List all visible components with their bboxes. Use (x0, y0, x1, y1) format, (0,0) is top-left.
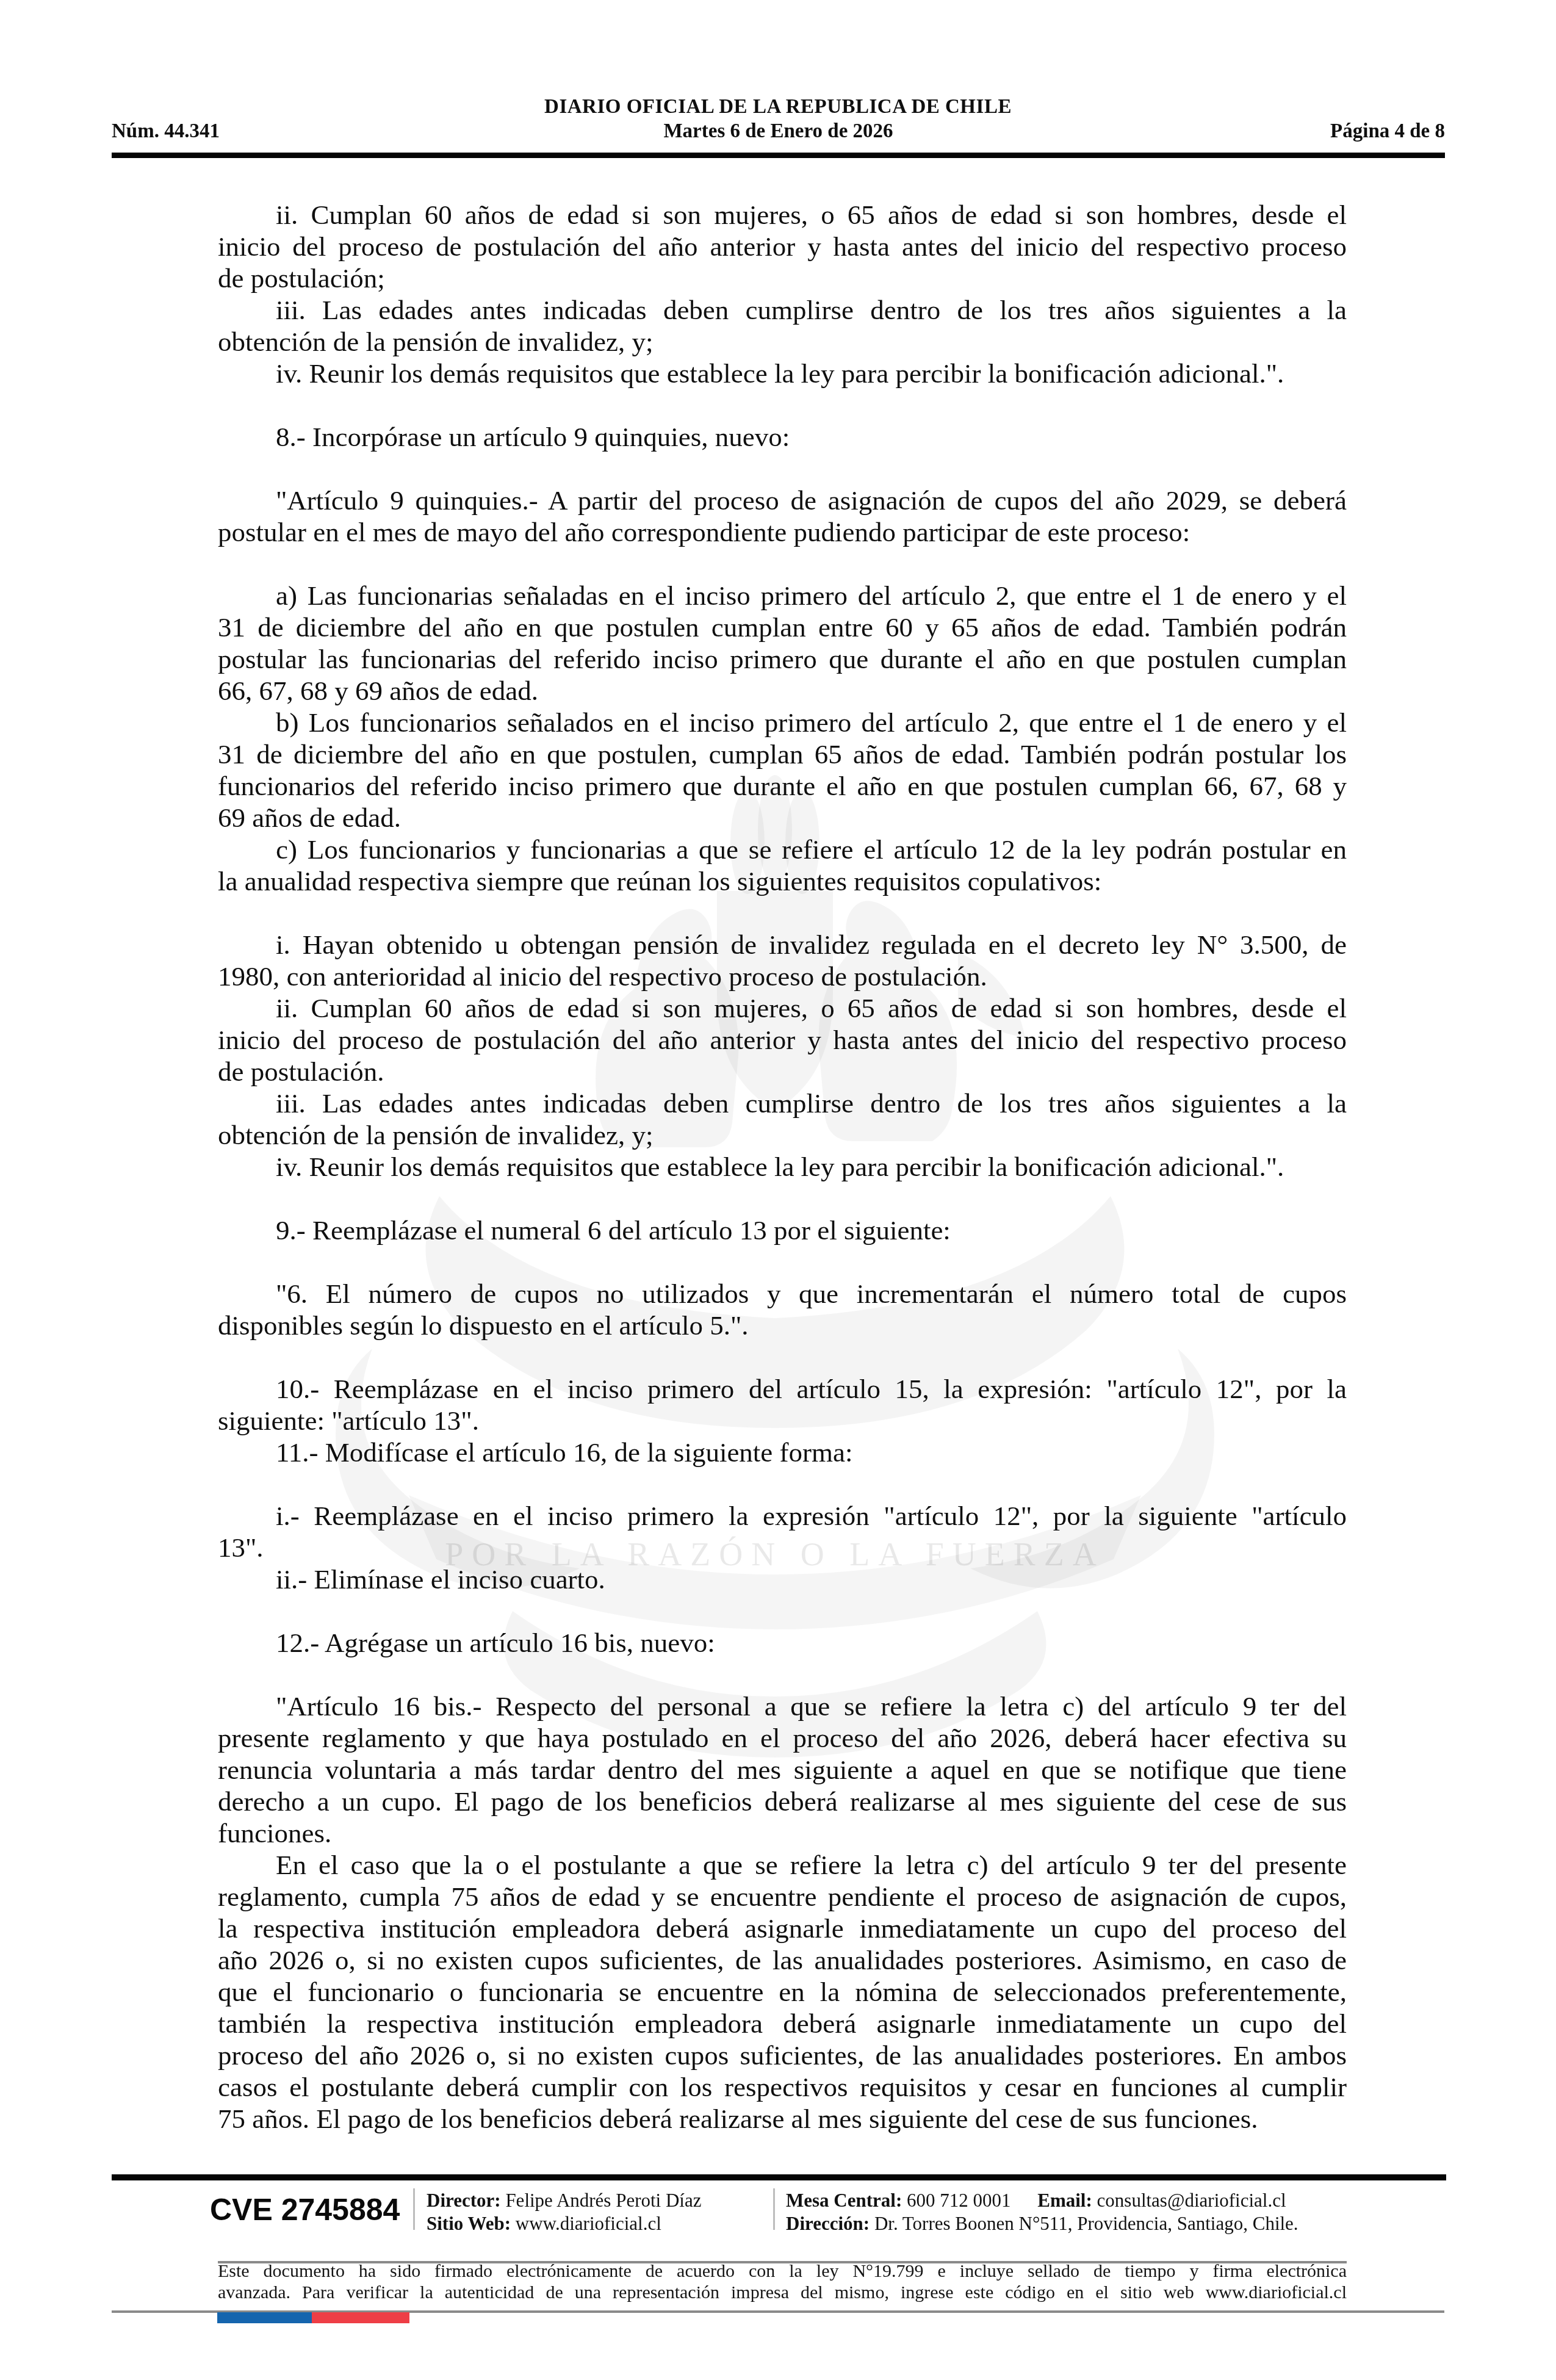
body-line: presente reglamento y que haya postulado… (218, 1722, 1347, 1754)
legal-line: avanzada. Para verificar la autenticidad… (218, 2282, 1347, 2303)
document-body: ii. Cumplan 60 años de edad si son mujer… (218, 199, 1347, 2135)
body-line: año 2026 o, si no existen cupos suficien… (218, 1944, 1347, 1976)
body-line: reglamento, cumpla 75 años de edad y se … (218, 1881, 1347, 1913)
flag-blue-segment (217, 2312, 312, 2323)
body-line: "6. El número de cupos no utilizados y q… (218, 1278, 1347, 1310)
body-line: iv. Reunir los demás requisitos que esta… (218, 1151, 1347, 1183)
body-line: postular las funcionarias del referido i… (218, 643, 1347, 675)
body-line: b) Los funcionarios señalados en el inci… (218, 707, 1347, 738)
body-line: funcionarios del referido inciso primero… (218, 770, 1347, 802)
body-line: 8.- Incorpórase un artículo 9 quinquies,… (218, 421, 1347, 453)
phone-number: 600 712 0001 (907, 2190, 1011, 2211)
header-rule (112, 153, 1445, 158)
blank-line (218, 1468, 1347, 1500)
body-line: 31 de diciembre del año en que postulen … (218, 611, 1347, 643)
body-line: de postulación. (218, 1056, 1347, 1087)
body-line: 13". (218, 1532, 1347, 1563)
body-line: "Artículo 9 quinquies.- A partir del pro… (218, 485, 1347, 516)
legal-notice: Este documento ha sido firmado electróni… (218, 2260, 1347, 2303)
footer-director-col: Director: Felipe Andrés Peroti Díaz Siti… (427, 2189, 768, 2235)
blank-line (218, 389, 1347, 421)
body-line: casos el postulante deberá cumplir con l… (218, 2071, 1347, 2103)
website-line: Sitio Web: www.diarioficial.cl (427, 2212, 768, 2235)
body-line: c) Los funcionarios y funcionarias a que… (218, 834, 1347, 865)
blank-line (218, 897, 1347, 929)
body-line: "Artículo 16 bis.- Respecto del personal… (218, 1690, 1347, 1722)
body-line: que el funcionario o funcionaria se encu… (218, 1976, 1347, 2008)
body-line: 66, 67, 68 y 69 años de edad. (218, 675, 1347, 707)
header-row: Núm. 44.341 Martes 6 de Enero de 2026 Pá… (112, 120, 1445, 145)
page-indicator: Página 4 de 8 (1330, 120, 1445, 143)
body-line: obtención de la pensión de invalidez, y; (218, 1119, 1347, 1151)
address-line: Dirección: Dr. Torres Boonen N°511, Prov… (786, 2212, 1353, 2235)
body-line: i.- Reemplázase en el inciso primero la … (218, 1500, 1347, 1532)
body-line: i. Hayan obtenido u obtengan pensión de … (218, 929, 1347, 961)
body-line: inicio del proceso de postulación del añ… (218, 1024, 1347, 1056)
body-line: 9.- Reemplázase el numeral 6 del artícul… (218, 1214, 1347, 1246)
body-line: siguiente: "artículo 13". (218, 1405, 1347, 1437)
email-address: consultas@diarioficial.cl (1097, 2190, 1286, 2211)
body-line: también la respectiva institución emplea… (218, 2008, 1347, 2039)
body-line: la anualidad respectiva siempre que reún… (218, 865, 1347, 897)
email-label: Email: (1037, 2190, 1092, 2211)
body-line: renuncia voluntaria a más tardar dentro … (218, 1754, 1347, 1786)
page-title: DIARIO OFICIAL DE LA REPUBLICA DE CHILE (0, 96, 1556, 118)
body-line: inicio del proceso de postulación del añ… (218, 231, 1347, 262)
phone-label: Mesa Central: (786, 2190, 902, 2211)
cve-code: CVE 2745884 (210, 2192, 411, 2227)
body-line: ii. Cumplan 60 años de edad si son mujer… (218, 199, 1347, 231)
body-line: iii. Las edades antes indicadas deben cu… (218, 1087, 1347, 1119)
body-line: ii.- Elimínase el inciso cuarto. (218, 1563, 1347, 1595)
gazette-page: DIARIO OFICIAL DE LA REPUBLICA DE CHILE … (0, 0, 1556, 2380)
body-line: 69 años de edad. (218, 802, 1347, 834)
body-line: a) Las funcionarias señaladas en el inci… (218, 580, 1347, 611)
body-line: proceso del año 2026 o, si no existen cu… (218, 2039, 1347, 2071)
body-line: funciones. (218, 1817, 1347, 1849)
blank-line (218, 548, 1347, 580)
phone-email-line: Mesa Central: 600 712 0001 Email: consul… (786, 2189, 1353, 2212)
footer-contact-col: Mesa Central: 600 712 0001 Email: consul… (786, 2189, 1353, 2235)
body-line: En el caso que la o el postulante a que … (218, 1849, 1347, 1881)
blank-line (218, 1659, 1347, 1690)
body-line: iv. Reunir los demás requisitos que esta… (218, 358, 1347, 389)
chile-flag-bar-icon (217, 2312, 409, 2323)
body-line: la respectiva institución empleadora deb… (218, 1913, 1347, 1944)
edition-date: Martes 6 de Enero de 2026 (112, 120, 1445, 143)
body-line: ii. Cumplan 60 años de edad si son mujer… (218, 992, 1347, 1024)
blank-line (218, 1341, 1347, 1373)
blank-line (218, 453, 1347, 485)
body-line: 75 años. El pago de los beneficios deber… (218, 2103, 1347, 2135)
body-line: 11.- Modifícase el artículo 16, de la si… (218, 1437, 1347, 1468)
website-label: Sitio Web: (427, 2213, 511, 2234)
footer-rule (112, 2174, 1446, 2180)
body-line: obtención de la pensión de invalidez, y; (218, 326, 1347, 358)
blank-line (218, 1246, 1347, 1278)
director-name: Felipe Andrés Peroti Díaz (505, 2190, 701, 2211)
director-label: Director: (427, 2190, 501, 2211)
body-line: 12.- Agrégase un artículo 16 bis, nuevo: (218, 1627, 1347, 1659)
body-line: 1980, con anterioridad al inicio del res… (218, 961, 1347, 992)
body-line: 10.- Reemplázase en el inciso primero de… (218, 1373, 1347, 1405)
body-line: postular en el mes de mayo del año corre… (218, 516, 1347, 548)
body-line: derecho a un cupo. El pago de los benefi… (218, 1786, 1347, 1817)
blank-line (218, 1183, 1347, 1214)
address-value: Dr. Torres Boonen N°511, Providencia, Sa… (874, 2213, 1298, 2234)
legal-line: Este documento ha sido firmado electróni… (218, 2260, 1347, 2282)
address-label: Dirección: (786, 2213, 870, 2234)
body-line: de postulación; (218, 262, 1347, 294)
director-line: Director: Felipe Andrés Peroti Díaz (427, 2189, 768, 2212)
footer-divider (773, 2188, 775, 2230)
body-line: disponibles según lo dispuesto en el art… (218, 1310, 1347, 1341)
body-line: 31 de diciembre del año en que postulen,… (218, 738, 1347, 770)
blank-line (218, 1595, 1347, 1627)
flag-red-segment (312, 2312, 409, 2323)
website-url: www.diarioficial.cl (516, 2213, 661, 2234)
body-line: iii. Las edades antes indicadas deben cu… (218, 294, 1347, 326)
footer-divider (413, 2188, 415, 2230)
